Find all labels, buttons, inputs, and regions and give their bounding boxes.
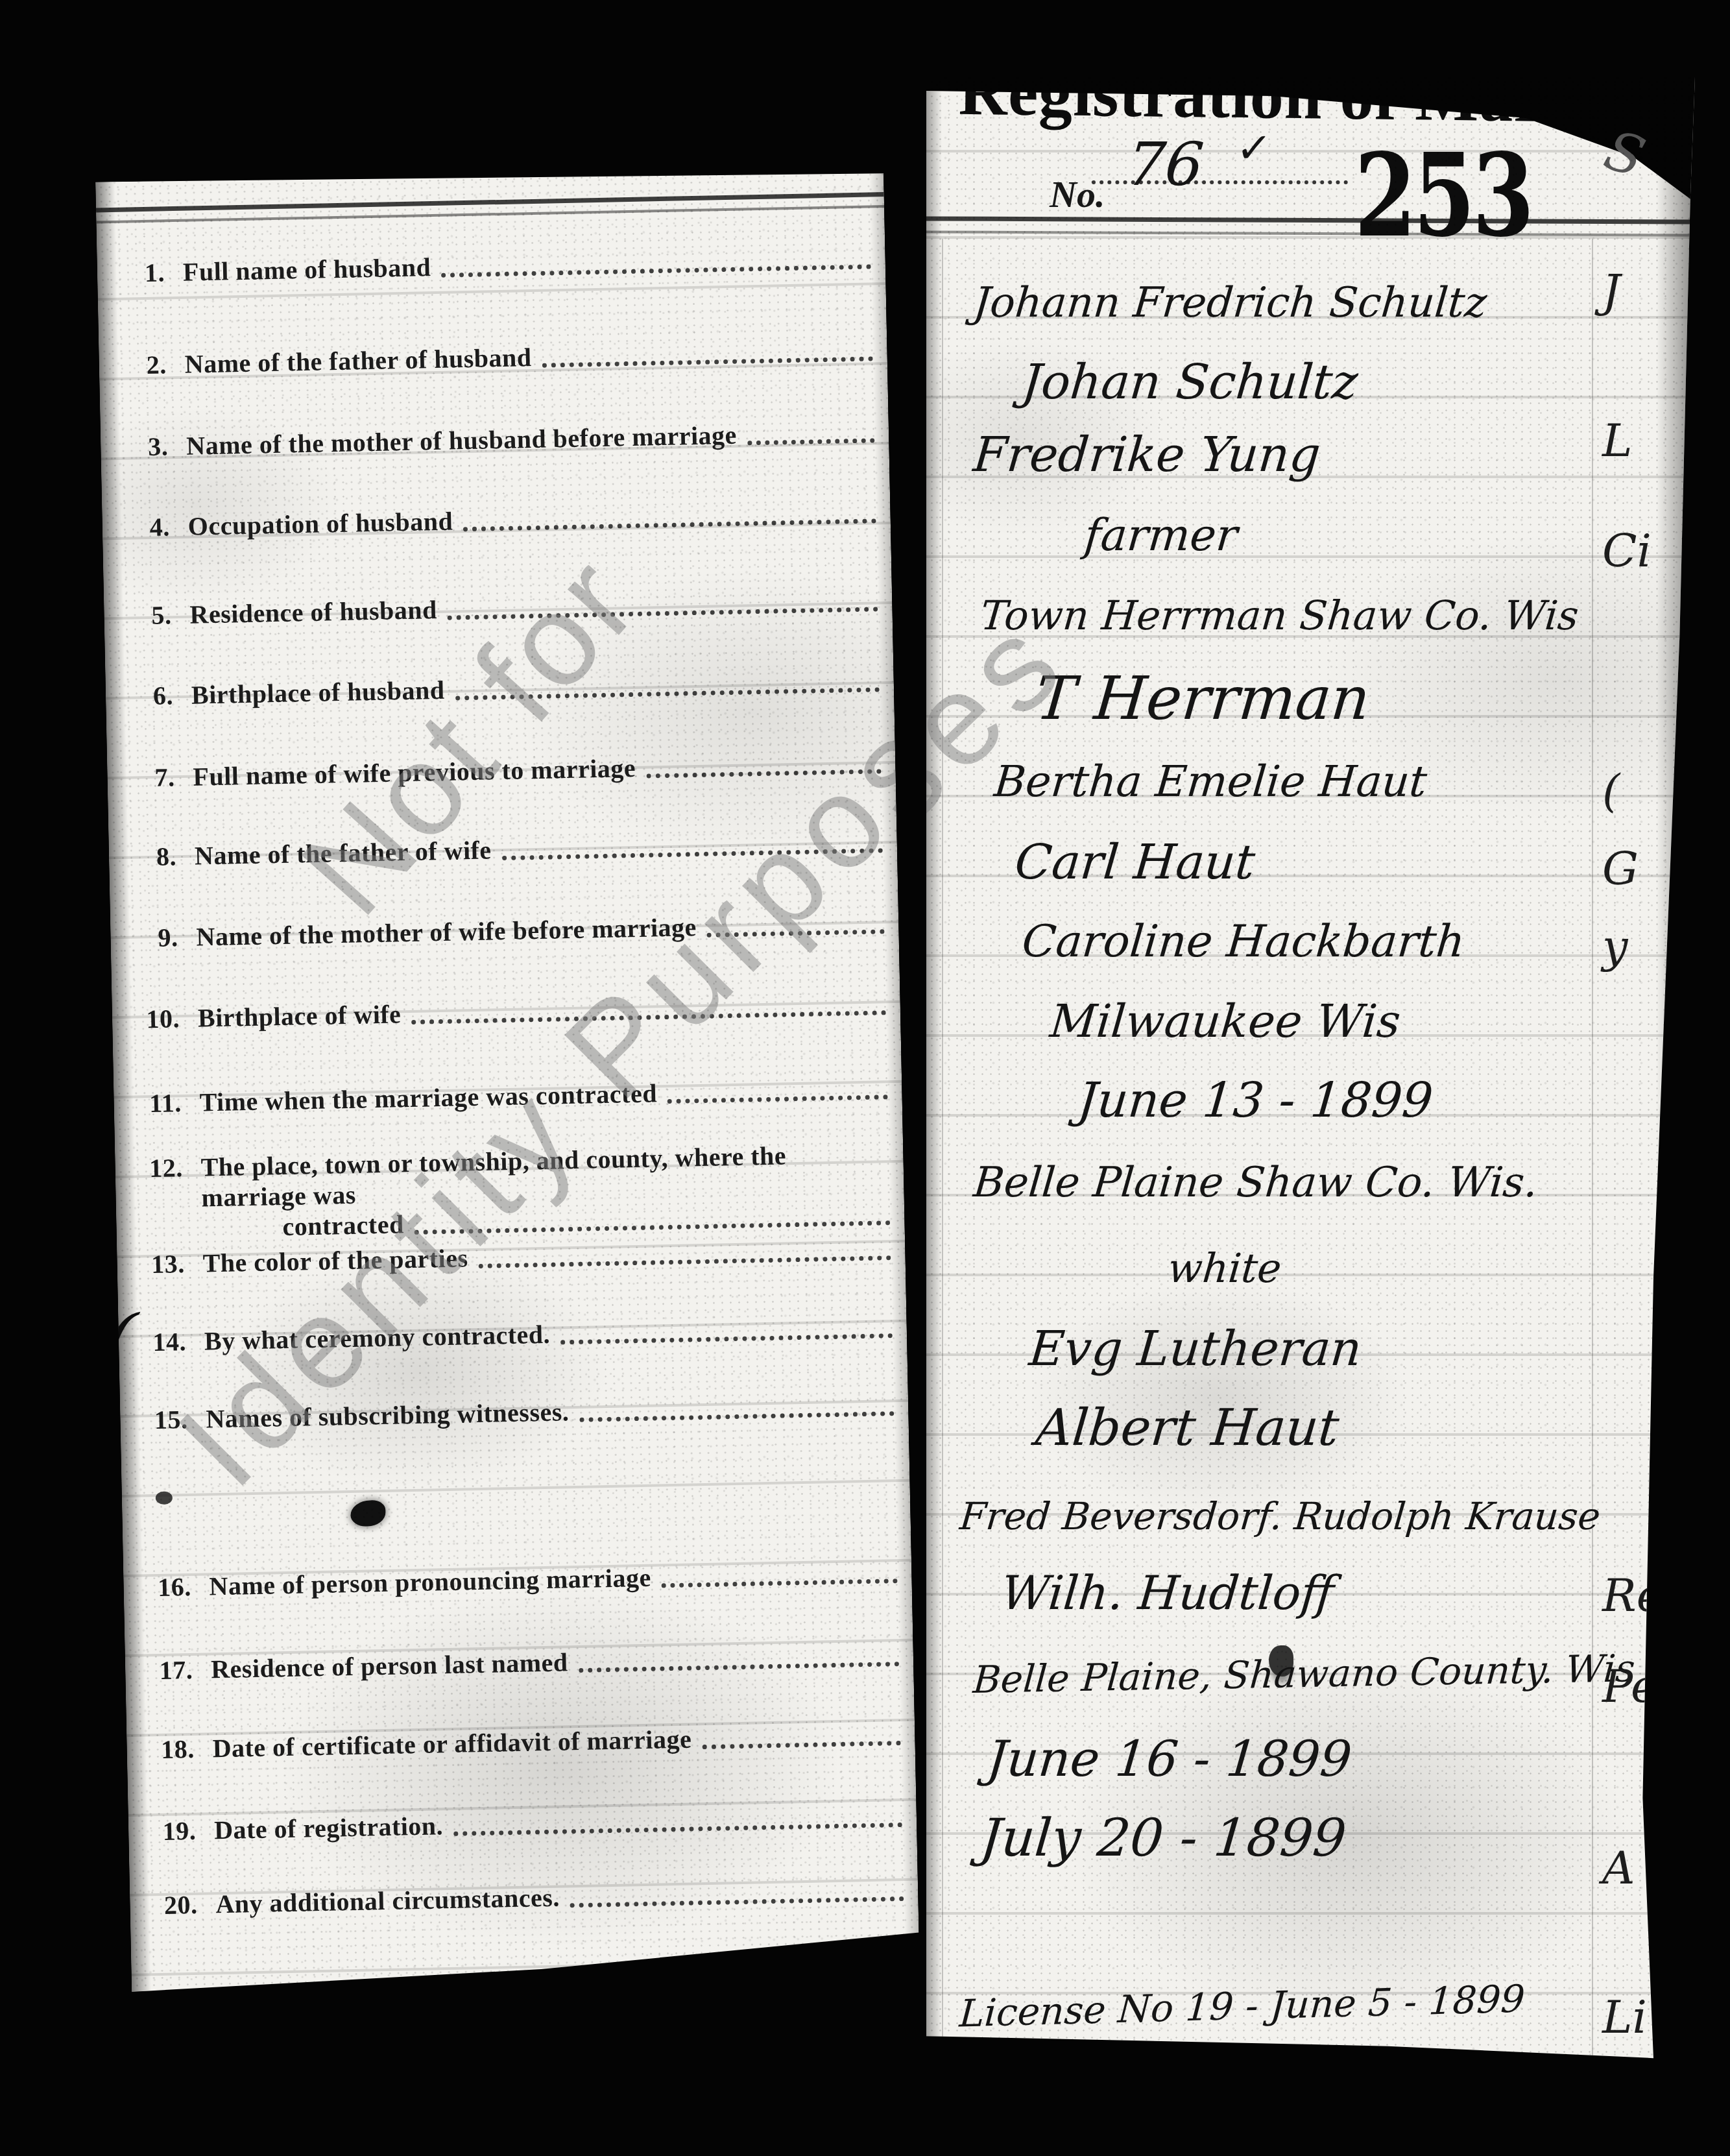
cut-off-glyph: Li bbox=[1602, 1991, 1647, 2044]
dotted-leader bbox=[747, 432, 875, 445]
question-number: 3. bbox=[124, 431, 169, 462]
question-number: 14. bbox=[142, 1326, 187, 1357]
answer-husband-occupation: farmer bbox=[1083, 510, 1240, 561]
cut-off-glyph: G bbox=[1602, 842, 1639, 895]
ink-blot bbox=[1269, 1645, 1293, 1677]
question-label: Residence of person last named bbox=[211, 1647, 568, 1684]
question-number: 11. bbox=[137, 1087, 182, 1119]
ink-speck bbox=[156, 1492, 173, 1505]
answer-column-page: Registration of Marria No. 76 ✓ 253 S Jo… bbox=[926, 77, 1695, 2078]
question-row: 4.Occupation of husband bbox=[125, 497, 879, 542]
answer-certificate-date: June 16 - 1899 bbox=[985, 1730, 1354, 1787]
question-number: 16. bbox=[147, 1571, 191, 1603]
question-number: 2. bbox=[122, 349, 167, 380]
cut-off-glyph: L bbox=[1602, 414, 1632, 467]
question-number: 8. bbox=[132, 841, 177, 872]
answer-wife-birthplace: Milwaukee Wis bbox=[1048, 995, 1402, 1048]
answer-husband-father: Johan Schultz bbox=[1020, 354, 1360, 410]
question-label: Name of the mother of husband before mar… bbox=[186, 420, 737, 461]
question-number: 7. bbox=[130, 762, 175, 793]
question-label: Occupation of husband bbox=[187, 506, 453, 542]
dotted-leader bbox=[463, 513, 876, 531]
question-number: 12. bbox=[138, 1152, 184, 1214]
cut-off-glyph: Pe bbox=[1602, 1660, 1657, 1713]
dotted-leader bbox=[453, 1817, 902, 1836]
column-rule-right bbox=[1592, 239, 1593, 2055]
question-number: 6. bbox=[129, 680, 174, 711]
question-label: Residence of husband bbox=[189, 594, 437, 630]
question-row: 19.Date of registration. bbox=[152, 1801, 906, 1847]
answer-marriage-place: Belle Plaine Shaw Co. Wis. bbox=[972, 1159, 1540, 1207]
answer-marriage-time: June 13 - 1899 bbox=[1075, 1072, 1435, 1128]
dotted-leader bbox=[570, 1891, 904, 1908]
answer-officiant-residence: Belle Plaine, Shawano County. Wis bbox=[972, 1646, 1637, 1702]
question-number: 5. bbox=[127, 600, 172, 631]
header-rule-line-2 bbox=[926, 230, 1695, 236]
record-number-value: 76 bbox=[1124, 130, 1206, 199]
question-number: 20. bbox=[153, 1889, 198, 1920]
cut-off-glyph: J bbox=[1602, 265, 1620, 318]
dotted-leader bbox=[441, 259, 871, 278]
cut-off-glyph: Re bbox=[1602, 1569, 1663, 1622]
question-label: Name of the father of husband bbox=[184, 342, 532, 380]
question-row: 2.Name of the father of husband bbox=[122, 335, 876, 380]
cut-off-glyph: Ci bbox=[1602, 524, 1652, 577]
answer-witnesses-line2: Fred Beversdorf. Rudolph Krause bbox=[958, 1494, 1602, 1538]
dotted-leader bbox=[542, 350, 873, 367]
header-rule-line bbox=[926, 216, 1695, 224]
question-number: 17. bbox=[149, 1654, 193, 1686]
question-column-page: 1.Full name of husband 2.Name of the fat… bbox=[95, 166, 920, 1992]
scanned-marriage-register: 1.Full name of husband 2.Name of the fat… bbox=[0, 0, 1730, 2156]
question-row: 17.Residence of person last named bbox=[149, 1640, 902, 1686]
cut-off-glyph: A bbox=[1602, 1841, 1635, 1895]
question-number: 1. bbox=[120, 257, 165, 288]
question-row: 16.Name of person pronouncing marriage bbox=[147, 1557, 900, 1603]
question-row: 18.Date of certificate or affidavit of m… bbox=[150, 1719, 904, 1765]
stray-pen-mark: ( bbox=[102, 1296, 141, 1372]
question-row: 1.Full name of husband bbox=[120, 243, 874, 288]
question-label: Any additional circumstances. bbox=[215, 1882, 560, 1920]
question-number: 19. bbox=[152, 1815, 197, 1847]
answer-witnesses-line1: Albert Haut bbox=[1033, 1399, 1341, 1457]
question-label: Full name of husband bbox=[182, 252, 431, 287]
column-rule-left bbox=[942, 239, 943, 2055]
question-row: 3.Name of the mother of husband before m… bbox=[124, 417, 878, 462]
question-label: Birthplace of wife bbox=[198, 999, 402, 1033]
answer-registration-date: July 20 - 1899 bbox=[978, 1808, 1349, 1868]
question-row: 20.Any additional circumstances. bbox=[153, 1875, 907, 1920]
question-number: 4. bbox=[125, 511, 170, 542]
question-number: 9. bbox=[134, 922, 178, 953]
answer-husband-name: Johann Fredrich Schultz bbox=[972, 279, 1489, 327]
cut-off-glyph: ( bbox=[1602, 764, 1620, 818]
answer-husband-mother: Fredrike Yung bbox=[971, 427, 1323, 483]
question-number: 13. bbox=[140, 1248, 185, 1279]
answer-color-of-parties: white bbox=[1166, 1244, 1284, 1292]
license-note: License No 19 - June 5 - 1899 bbox=[958, 1977, 1526, 2036]
answer-husband-residence: Town Herrman Shaw Co. Wis bbox=[979, 592, 1581, 639]
answer-officiant: Wilh. Hudtloff bbox=[999, 1566, 1336, 1620]
question-label: Date of certificate or affidavit of marr… bbox=[212, 1724, 692, 1764]
page-number-stamp: 253 bbox=[1354, 139, 1532, 253]
cut-off-glyph: y bbox=[1602, 920, 1628, 973]
checkmark: ✓ bbox=[1234, 125, 1273, 173]
question-label: Date of registration. bbox=[214, 1810, 444, 1845]
record-number-label: No. bbox=[1050, 173, 1105, 216]
question-number: 18. bbox=[150, 1734, 195, 1765]
dotted-leader bbox=[662, 1573, 898, 1588]
dotted-leader bbox=[702, 1735, 901, 1749]
answer-ceremony: Evg Lutheran bbox=[1027, 1321, 1364, 1377]
question-number: 10. bbox=[136, 1003, 180, 1034]
dotted-leader bbox=[579, 1656, 900, 1673]
